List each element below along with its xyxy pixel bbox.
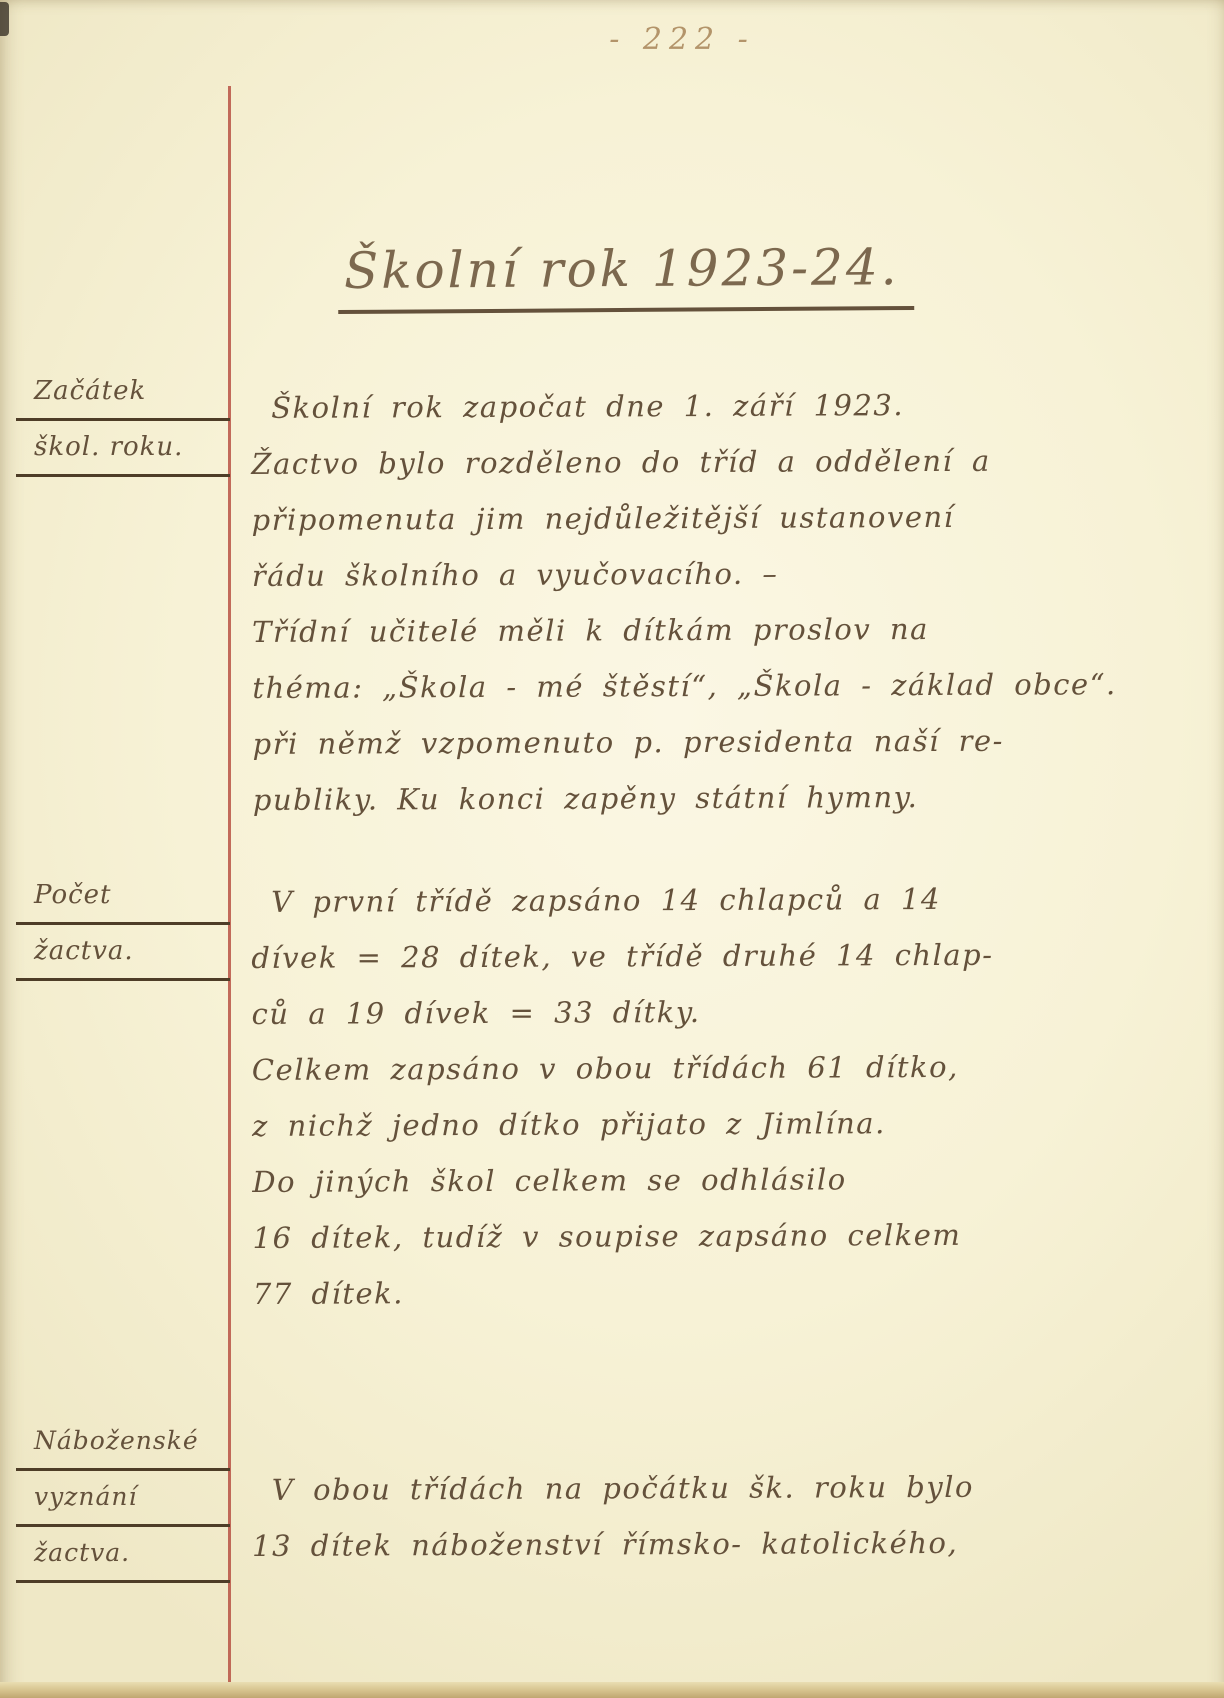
text-line: V první třídě zapsáno 14 chlapců a 14: [251, 870, 1151, 930]
text-line: vyznání: [16, 1478, 230, 1527]
paragraph-zacatek-skolniho-roku: Školní rok započat dne 1. září 1923.Žact…: [251, 376, 1153, 828]
paragraph-nabozenske-vyznani: V obou třídách na počátku šk. roku bylo1…: [252, 1458, 1152, 1574]
text-line: připomenuta jim nejdůležitější ustanoven…: [252, 488, 1152, 548]
text-line: žactva.: [16, 932, 230, 981]
margin-note-zacatek-skol-roku: Začátekškol. roku.: [16, 372, 230, 484]
text-line: ců a 19 dívek = 33 dítky.: [252, 982, 1152, 1042]
text-line: Celkem zapsáno v obou třídách 61 dítko,: [252, 1038, 1152, 1098]
text-line: dívek = 28 dítek, ve třídě druhé 14 chla…: [251, 926, 1151, 986]
margin-note-nabozenske-vyznani: Náboženskévyznánížactva.: [16, 1422, 230, 1590]
page-number: - 222 -: [512, 22, 852, 57]
page-title: Školní rok 1923-24.: [338, 238, 914, 314]
text-line: žactva.: [16, 1534, 230, 1583]
margin-note-pocet-zactva: Početžactva.: [16, 876, 230, 988]
text-line: théma: „Škola - mé štěstí“, „Škola - zák…: [252, 656, 1152, 716]
text-line: Školní rok započat dne 1. září 1923.: [251, 376, 1151, 436]
text-line: řádu školního a vyučovacího. –: [252, 544, 1152, 604]
text-line: při němž vzpomenuto p. presidenta naší r…: [252, 712, 1152, 772]
text-line: Počet: [16, 876, 230, 925]
page-bottom-edge: [0, 1682, 1224, 1698]
text-line: V obou třídách na počátku šk. roku bylo: [252, 1458, 1152, 1518]
text-line: 77 dítek.: [253, 1262, 1153, 1322]
text-line: škol. roku.: [16, 428, 230, 477]
text-line: 16 dítek, tudíž v soupise zapsáno celkem: [252, 1206, 1152, 1266]
text-line: Začátek: [16, 372, 230, 421]
chronicle-page: - 222 - Školní rok 1923-24. Začátekškol.…: [0, 0, 1224, 1698]
paragraph-pocet-zactva: V první třídě zapsáno 14 chlapců a 14dív…: [251, 870, 1153, 1322]
text-line: Náboženské: [16, 1422, 230, 1471]
text-line: z nichž jedno dítko přijato z Jimlína.: [252, 1094, 1152, 1154]
page-edge-artifact: [0, 2, 9, 36]
text-line: Žactvo bylo rozděleno do tříd a oddělení…: [251, 432, 1151, 492]
text-line: 13 dítek náboženství římsko- katolického…: [252, 1514, 1152, 1574]
text-line: publiky. Ku konci zapěny státní hymny.: [253, 768, 1153, 828]
text-line: Do jiných škol celkem se odhlásilo: [252, 1150, 1152, 1210]
text-line: Třídní učitelé měli k dítkám proslov na: [252, 600, 1152, 660]
